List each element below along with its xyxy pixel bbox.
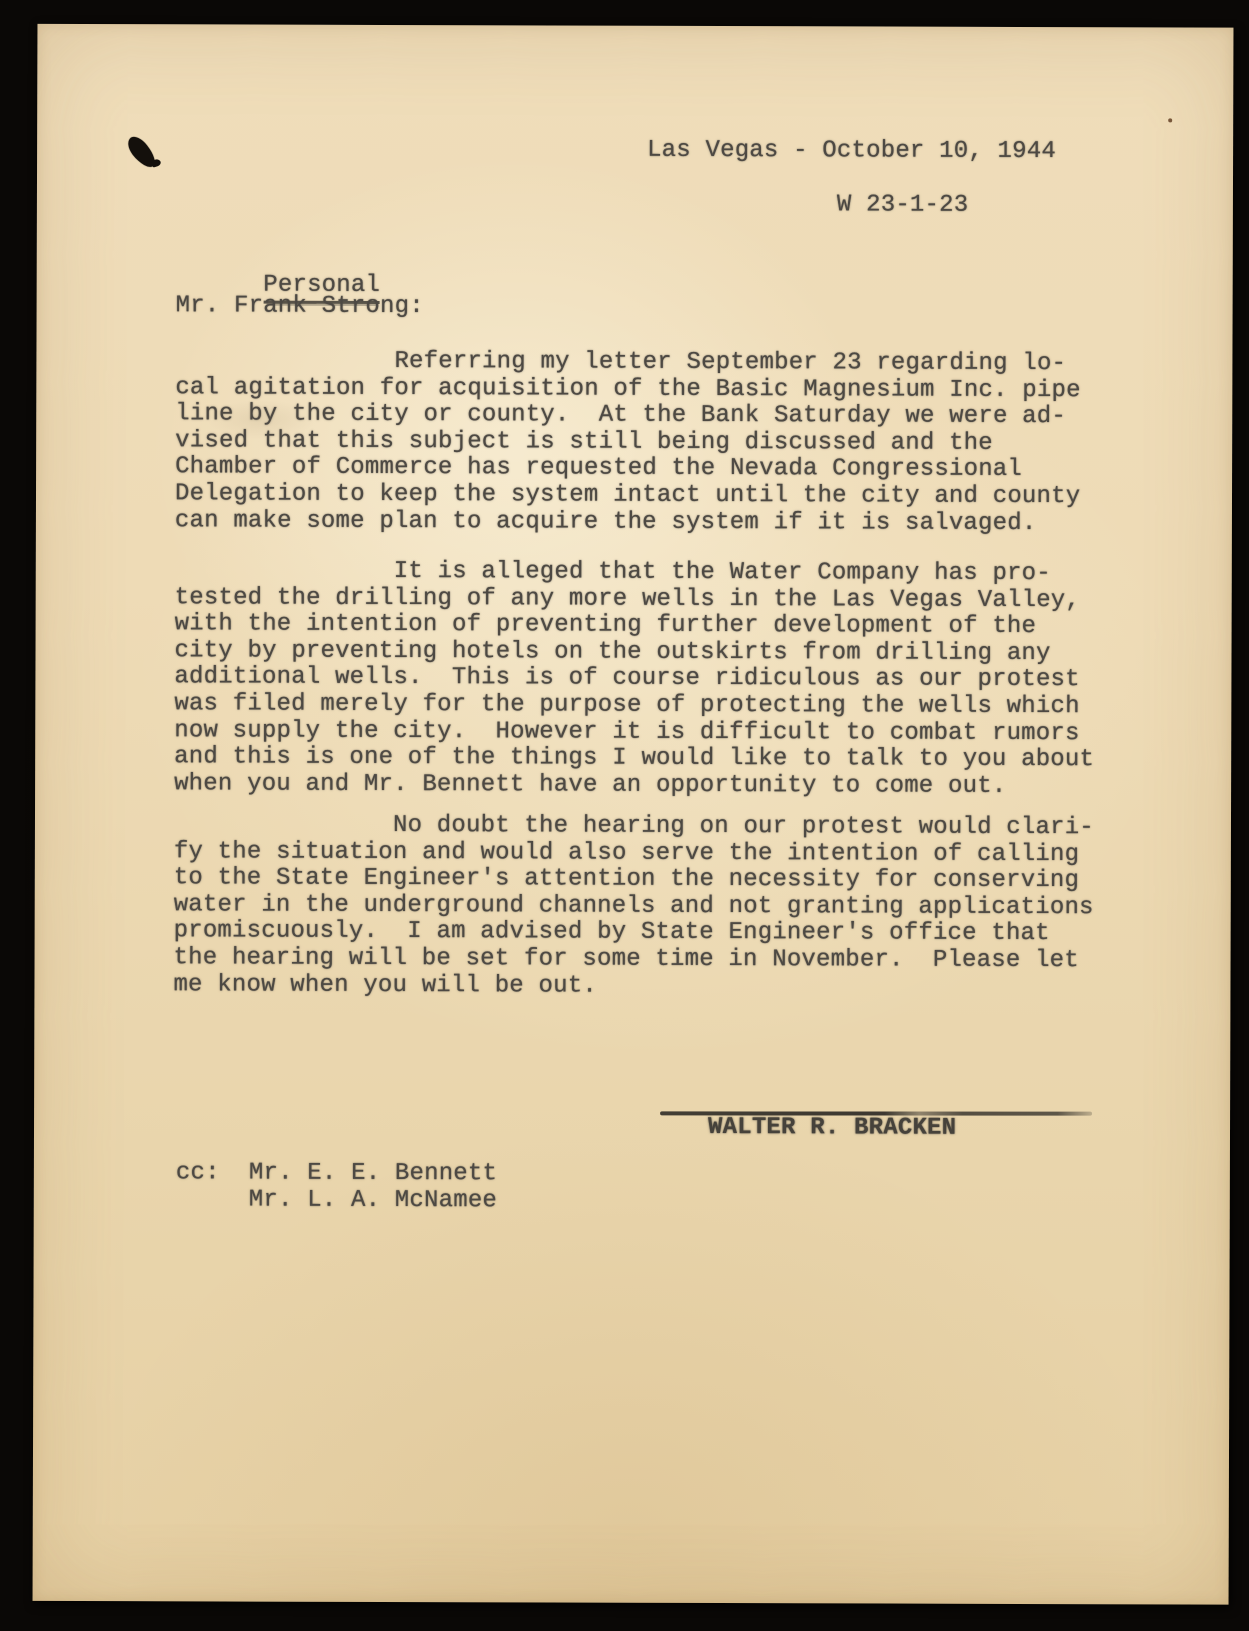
file-reference: W 23-1-23 bbox=[837, 192, 969, 219]
body-paragraph-1: Referring my letter September 23 regardi… bbox=[175, 348, 1081, 537]
dateline: Las Vegas - October 10, 1944 bbox=[647, 138, 1056, 166]
body-paragraph-2: It is alleged that the Water Company has… bbox=[174, 558, 1095, 800]
paper-speck bbox=[1168, 118, 1172, 122]
body-paragraph-3: No doubt the hearing on our protest woul… bbox=[173, 812, 1094, 1001]
scan-background: Las Vegas - October 10, 1944 W 23-1-23 P… bbox=[0, 0, 1249, 1631]
letter-page: Las Vegas - October 10, 1944 W 23-1-23 P… bbox=[33, 24, 1234, 1605]
salutation: Mr. Frank Strong: bbox=[176, 293, 424, 320]
signature-name: WALTER R. BRACKEN bbox=[708, 1115, 956, 1142]
ink-blot bbox=[124, 133, 160, 172]
cc-list: cc: Mr. E. E. Bennett Mr. L. A. McNamee bbox=[176, 1160, 497, 1214]
